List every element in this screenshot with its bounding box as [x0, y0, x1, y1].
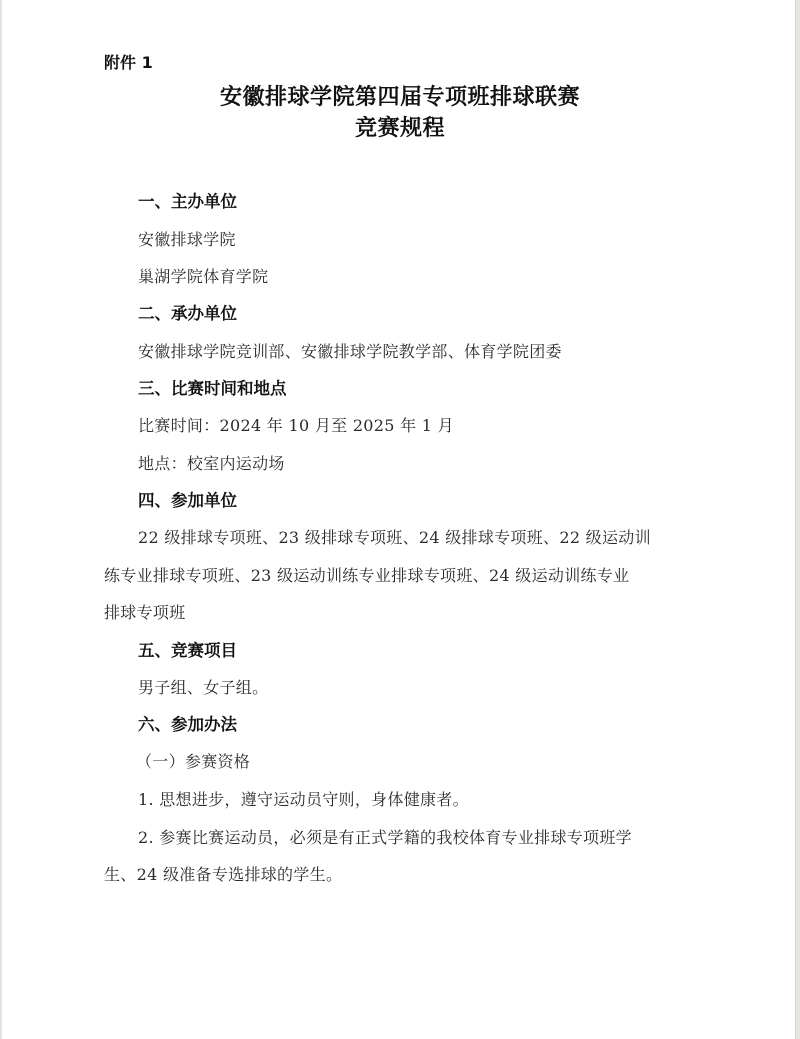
attachment-label: 附件 1 [104, 50, 153, 73]
section-heading-time-place: 三、比赛时间和地点 [138, 375, 287, 399]
participants-line-2: 练专业排球专项班、23 级运动训练专业排球专项班、24 级运动训练专业 [104, 563, 629, 586]
section-heading-events: 五、竞赛项目 [138, 637, 237, 661]
eligibility-item-2-cont: 生、24 级准备专选排球的学生。 [104, 862, 342, 885]
document-title: 安徽排球学院第四届专项班排球联赛 [0, 80, 800, 111]
eligibility-item-1: 1. 思想进步，遵守运动员守则，身体健康者。 [138, 787, 469, 810]
eligibility-item-2: 2. 参赛比赛运动员，必须是有正式学籍的我校体育专业排球专项班学 [138, 825, 632, 848]
section-heading-participation: 六、参加办法 [138, 711, 237, 735]
time-line: 比赛时间：2024 年 10 月至 2025 年 1 月 [138, 413, 454, 436]
document-subtitle: 竞赛规程 [0, 111, 800, 142]
participants-line-3: 排球专项班 [104, 600, 186, 623]
section-heading-participants: 四、参加单位 [138, 487, 237, 511]
organizer-line-2: 巢湖学院体育学院 [138, 264, 268, 287]
participants-line-1: 22 级排球专项班、23 级排球专项班、24 级排球专项班、22 级运动训 [138, 525, 651, 548]
eligibility-subheading: （一）参赛资格 [136, 749, 250, 772]
events-line-1: 男子组、女子组。 [138, 675, 268, 698]
host-line-1: 安徽排球学院竞训部、安徽排球学院教学部、体育学院团委 [138, 339, 562, 362]
section-heading-organizer: 一、主办单位 [138, 188, 237, 212]
organizer-line-1: 安徽排球学院 [138, 227, 236, 250]
place-line: 地点：校室内运动场 [138, 451, 285, 474]
section-heading-host: 二、承办单位 [138, 300, 237, 324]
page-right-edge [795, 0, 800, 1039]
